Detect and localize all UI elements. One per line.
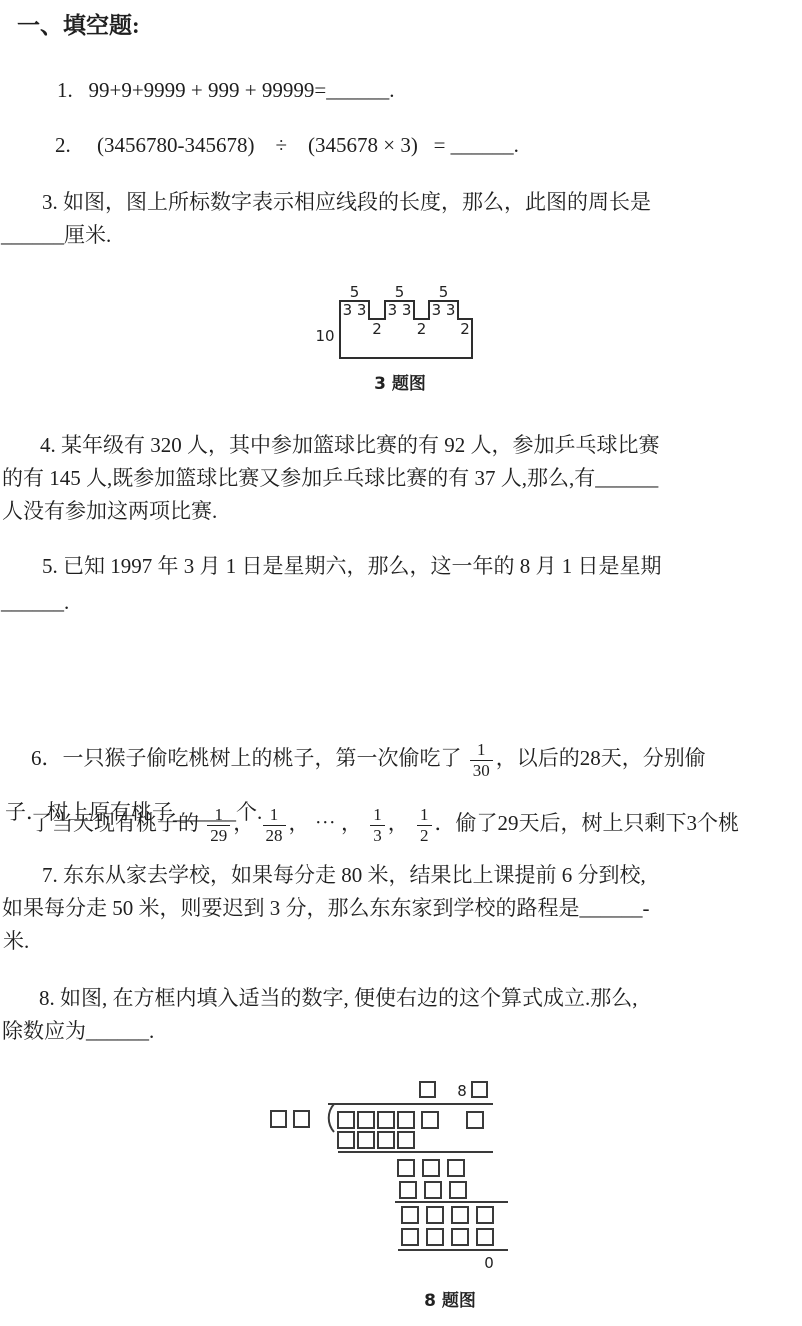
question-7-line2: 如果每分走 50 米，则要迟到 3 分，那么东东家到学校的路程是______- [2,894,650,922]
tab-side-label: 3 3 [388,301,412,319]
worksheet-page: 一、填空题: 1. 99+9+9999 + 999 + 99999=______… [0,0,802,1326]
question-7-line1: 7. 东东从家去学校，如果每分走 80 米，结果比上课提前 6 分到校, [42,861,646,889]
question-3-line2: ______厘米. [1,221,111,249]
tab-top-label: 5 [350,283,360,301]
figure-8-long-division: 8 [265,1078,515,1273]
fraction-denominator: 29 [207,825,230,846]
division-bracket [329,1104,334,1132]
question-6-line3: 子．树上原有桃子______个. [5,798,262,826]
remainder-row-2 [402,1207,493,1223]
subtraction-row-1 [338,1132,414,1148]
fraction-1-2: 12 [417,805,432,845]
question-4-line1: 4. 某年级有 320 人，其中参加篮球比赛的有 92 人，参加乒乓球比赛 [40,431,660,459]
question-4-line3: 人没有参加这两项比赛. [2,497,217,525]
figure-3-caption: 3 题图 [330,369,470,394]
question-8-line1: 8. 如图, 在方框内填入适当的数字, 便使右边的这个算式成立.那么, [39,984,638,1012]
subtraction-row-2 [400,1182,466,1198]
fraction-denominator: 28 [263,825,286,846]
figure-3-labels: 5 5 5 3 3 3 3 3 3 2 2 2 10 [315,283,469,345]
quotient-row: 8 [420,1082,487,1100]
question-6-line2: 了当天现有桃子的 129， 128， ⋯ ， 13， 12．偷了29天后，树上只… [10,742,739,796]
question-4-line2: 的有 145 人,既参加篮球比赛又参加乒乓球比赛的有 37 人,那么,有____… [2,464,658,492]
remainder-row-1 [398,1160,464,1176]
quotient-digit: 8 [457,1082,467,1100]
divisor-boxes [271,1111,309,1127]
notch-label: 2 [417,320,427,338]
fraction-1-3: 13 [370,805,385,845]
fraction-denominator: 3 [370,825,385,846]
figure-8-caption: 8 题图 [380,1286,520,1311]
fraction-numerator: 1 [370,805,385,825]
question-8-line2: 除数应为______. [2,1017,154,1045]
question-1: 1. 99+9+9999 + 999 + 99999=______. [57,76,394,104]
dividend-boxes [338,1112,483,1128]
tab-top-label: 5 [439,283,449,301]
fraction-1-28: 128 [263,805,286,845]
fraction-denominator: 2 [417,825,432,846]
question-2: 2. (3456780-345678) ÷ (345678 × 3) = ___… [55,131,519,159]
q6-line2-text: ．偷了29天后，树上只剩下3个桃 [435,811,740,835]
fraction-numerator: 1 [417,805,432,825]
tab-side-label: 3 3 [432,301,456,319]
left-side-label: 10 [315,327,334,345]
q6-line2-sep: ， ⋯ ， [289,811,368,835]
notch-label: 2 [460,320,470,338]
question-3-line1: 3. 如图，图上所标数字表示相应线段的长度，那么，此图的周长是 [42,188,651,216]
subtraction-row-3 [402,1229,493,1245]
final-remainder: 0 [484,1254,494,1272]
question-5-line2: ______. [1,588,69,616]
tab-side-label: 3 3 [343,301,367,319]
section-title: 一、填空题: [17,12,140,40]
notch-label: 2 [372,320,382,338]
question-5-line1: 5. 已知 1997 年 3 月 1 日是星期六，那么，这一年的 8 月 1 日… [42,552,662,580]
figure-3-shape: 5 5 5 3 3 3 3 3 3 2 2 2 10 [312,281,482,363]
tab-top-label: 5 [395,283,405,301]
q6-line2-sep: ， [388,811,414,835]
fraction-numerator: 1 [267,805,282,825]
question-7-line3: 米. [3,927,29,955]
question-6-line1: 6．一只猴子偷吃桃树上的桃子，第一次偷吃了 130，以后的28天，分别偷 [10,677,706,731]
